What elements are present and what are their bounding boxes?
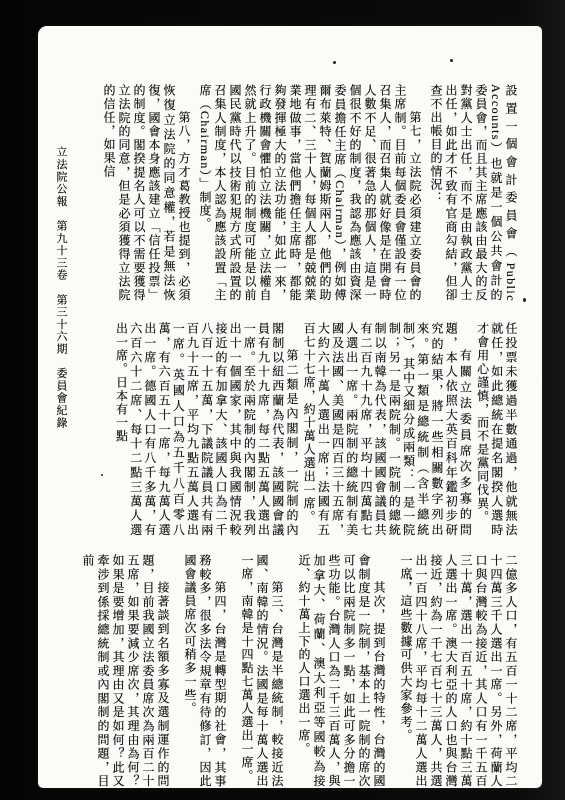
paragraph: 二億多人口，有五百一十二席，平均二十四萬三千人選出一席。另外，荷蘭人口與台灣較為…	[398, 554, 518, 788]
paragraph: 任投票未獲過半數通過，他就無法就任，如此總統在提名閣揆人選時才會用心謹慎，而不是…	[475, 322, 518, 537]
scan-dust-speck	[450, 59, 453, 62]
text-register-middle: 任投票未獲過半數通過，他就無法就任，如此總統在提名閣揆人選時才會用心謹慎，而不是…	[72, 322, 518, 537]
scanned-gazette-page: 立法院公報 第九十三卷 第三十六期 委員會紀錄 設置一個會計委員會（Public…	[0, 0, 565, 800]
text-register-top: 設置一個會計委員會（Public Accounts）也就是一個公共會計的委員會，…	[72, 84, 518, 302]
paragraph: 第三、台灣是半總統制，較接近法國、南韓的情況。法國是每十萬人選出一席，南韓是十四…	[239, 554, 284, 788]
paragraph: 第七，立法院必須建立委員會的主席制。目前每個委員會僅設有一位召集人，而召集人就好…	[197, 84, 422, 302]
paragraph: 接著談到名額多寡及選制運作的問題，目前我國立法委員席次為兩百二十五席，如果要減少…	[80, 554, 170, 788]
paragraph: 第二類是內閣制，一院制的內閣制以紐西蘭為代表，該國國會議員有九十九席，每二點五萬…	[114, 322, 299, 537]
scan-dust-speck	[101, 474, 103, 476]
paragraph: 第八，方才葛教授也提到，必須恢復立法院的同意權，若是無法恢復，國會本身應該建立「…	[101, 84, 191, 302]
text-register-bottom: 二億多人口，有五百一十二席，平均二十四萬三千人選出一席。另外，荷蘭人口與台灣較為…	[72, 554, 518, 788]
gazette-margin-title: 立法院公報 第九十三卷 第三十六期 委員會紀錄	[54, 146, 68, 456]
paragraph: 設置一個會計委員會（Public Accounts）也就是一個公共會計的委員會，…	[428, 84, 518, 302]
page-paper: 立法院公報 第九十三卷 第三十六期 委員會紀錄 設置一個會計委員會（Public…	[38, 26, 542, 788]
paragraph: 有關立法委員席次多寡的問題，本人依照大英百科年鑑初步研究的結果，將一些相關數字列…	[302, 322, 472, 537]
scan-dust-speck	[333, 61, 336, 64]
scan-dust-speck	[410, 577, 412, 580]
paragraph: 第四，台灣是轉型期的社會，其事務較多，很多法令規章有待修訂，因此國會議員席次可稍…	[182, 554, 227, 788]
paragraph: 其次，提到台灣的特性，台灣的國會制度是一院制，基本上一院制的席次可以比兩院制多一…	[296, 554, 386, 788]
scan-dust-speck	[523, 298, 526, 302]
